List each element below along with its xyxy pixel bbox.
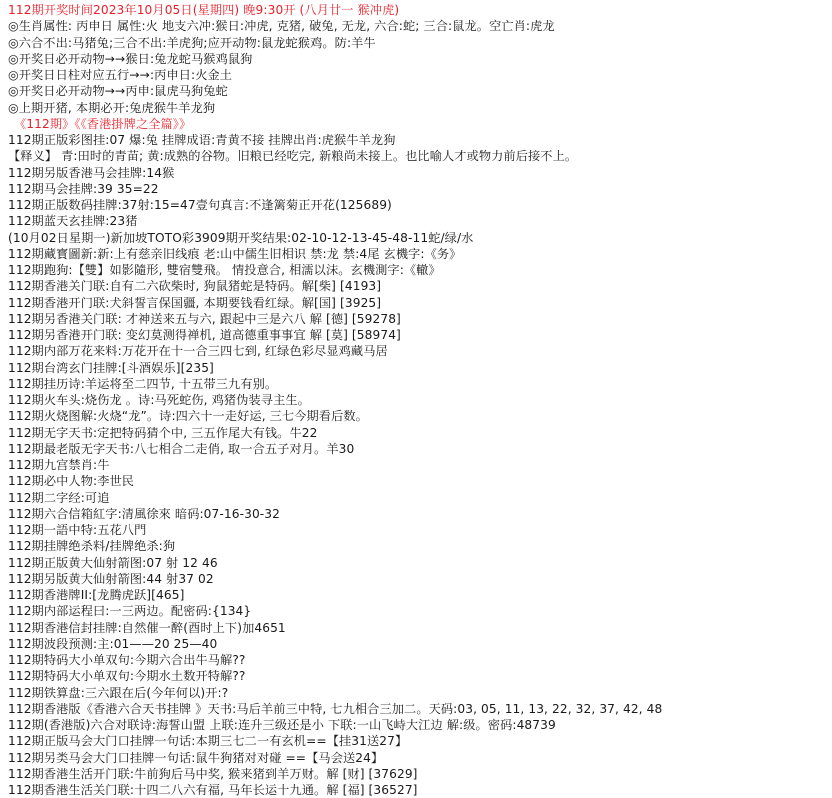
text-line: ◎开奖日日柱对应五行→→:丙申日:火金土 — [8, 67, 832, 83]
text-line: 112期香港开门联:犬斜誓言保国疆, 本期要钱看红绿。解[国] [3925] — [8, 295, 832, 311]
text-line: 112期火烧图解:火烧“龙”。诗:四六十一走好运, 三七今期看后数。 — [8, 408, 832, 424]
text-line: 112期二字经:可追 — [8, 490, 832, 506]
text-line: 112期正版彩图挂:07 爆:兔 挂牌成语:青黄不接 挂牌出肖:虎猴牛羊龙狗 — [8, 132, 832, 148]
text-line: 112期跑狗:【雙】如影隨形, 雙宿雙飛。 情投意合, 相濡以沫。玄機測字:《轍… — [8, 262, 832, 278]
text-line: 【释义】 青:田时的青苗; 黄:成熟的谷物。旧粮已经吃完, 新粮尚未接上。也比喻… — [8, 148, 832, 164]
section-heading-line: 《112期》《《香港掛牌之全篇》》 — [8, 116, 832, 132]
text-line: 112期正版数码挂牌:37射:15=47壹句真言:不逢篱菊正开花(125689) — [8, 197, 832, 213]
text-line: ◎生肖属性: 丙申日 属性:火 地支六冲:猴日:冲虎, 克猪, 破兔, 无龙, … — [8, 18, 832, 34]
text-line: 112期蓝天玄挂牌:23猪 — [8, 213, 832, 229]
text-line: ◎开奖日必开动物→→丙申:鼠虎马狗兔蛇 — [8, 83, 832, 99]
text-line: 112期香港生活关门联:十四二八六有福, 马年长运十九通。解 [福] [3652… — [8, 782, 832, 798]
text-line: 112期九宫禁肖:牛 — [8, 457, 832, 473]
section-heading-line: 112期开奖时间2023年10月05日(星期四) 晚9:30开 (八月廿一 猴冲… — [8, 2, 832, 18]
text-line: 112期另版香港马会挂牌:14猴 — [8, 165, 832, 181]
text-line: 112期挂历诗:羊运将至二四节, 十五带三九有别。 — [8, 376, 832, 392]
text-line: ◎上期开猪, 本期必开:兔虎猴牛羊龙狗 — [8, 100, 832, 116]
text-line: 112期正版黄大仙射箭图:07 射 12 46 — [8, 555, 832, 571]
text-line: 112期藏寳圖新:新:上有慈亲旧线痕 老:山中儒生旧相识 禁:龙 禁:4尾 玄機… — [8, 246, 832, 262]
text-line: 112期必中人物:李世民 — [8, 473, 832, 489]
text-line: 112期台湾玄门挂牌:[斗酒娱乐][235] — [8, 360, 832, 376]
text-line: 112期一語中特:五花八門 — [8, 522, 832, 538]
text-line: 112期无字天书:定把特码猜个中, 三五作尾大有钱。牛22 — [8, 425, 832, 441]
text-line: 112期正版马会大门口挂牌一句话:本期三七二一有玄机==【挂31送27】 — [8, 733, 832, 749]
text-line: ◎六合不出:马猪兔;三合不出:羊虎狗;应开动物:鼠龙蛇猴鸡。防:羊牛 — [8, 35, 832, 51]
text-line: 112期挂牌绝杀料/挂牌绝杀:狗 — [8, 538, 832, 554]
text-line: 112期马会挂牌:39 35=22 — [8, 181, 832, 197]
text-line: ◎开奖日必开动物→→猴日:兔龙蛇马猴鸡鼠狗 — [8, 51, 832, 67]
text-line: 112期另版黄大仙射箭图:44 射37 02 — [8, 571, 832, 587]
text-line: 112期特码大小单双句:今期水土数开特解?? — [8, 668, 832, 684]
text-line: 112期香港牌II:[龙腾虎跃][465] — [8, 587, 832, 603]
text-line: 112期铁算盘:三六跟在后(今年何以)开:? — [8, 685, 832, 701]
text-line: 112期另香港关门联: 才神送来五与六, 跟起中三是六八 解 [德] [5927… — [8, 311, 832, 327]
text-line: 112期另香港开门联: 变幻莫测得禅机, 道高德重事事宜 解 [莫] [5897… — [8, 327, 832, 343]
text-line: 112期香港版《香港六合天书挂牌 》天书:马后羊前三中特, 七九相合三加二。天码… — [8, 701, 832, 717]
text-line: 112期(香港版)六合对联诗:海誓山盟 上联:连升三级还是小 下联:一山飞峙大江… — [8, 717, 832, 733]
lottery-forecast-document: 112期开奖时间2023年10月05日(星期四) 晚9:30开 (八月廿一 猴冲… — [0, 0, 832, 798]
text-line: 112期内部万花来料:万花开在十一合三四七到, 红绿色彩尽显鸡藏马居 — [8, 343, 832, 359]
text-line: 112期最老版无字天书:八七相合二走俏, 取一合五子对月。羊30 — [8, 441, 832, 457]
text-line: 112期另类马会大门口挂牌一句话:鼠牛狗猪对对碰 ==【马会送24】 — [8, 750, 832, 766]
text-line: 112期特码大小单双句:今期六合出牛马解?? — [8, 652, 832, 668]
text-line: 112期火车头:烧伤龙 。诗:马死蛇伤, 鸡猪伪装寻主生。 — [8, 392, 832, 408]
text-line: 112期香港信封挂牌:自然催一醉(酉时上下)加4651 — [8, 620, 832, 636]
text-line: 112期六合信箱紅字:清風徐來 暗码:07-16-30-32 — [8, 506, 832, 522]
text-line: 112期香港关门联:自有二六砍柴时, 狗鼠猪蛇是特码。解[柴] [4193] — [8, 278, 832, 294]
text-line: (10月02日星期一)新加坡TOTO彩3909期开奖结果:02-10-12-13… — [8, 230, 832, 246]
text-line: 112期香港生活开门联:牛前狗后马中奖, 猴来猪到羊万财。解 [财] [3762… — [8, 766, 832, 782]
text-line: 112期波段预测:主:01——20 25—40 — [8, 636, 832, 652]
text-line: 112期内部运程曰:一三两边。配密码:{134} — [8, 603, 832, 619]
